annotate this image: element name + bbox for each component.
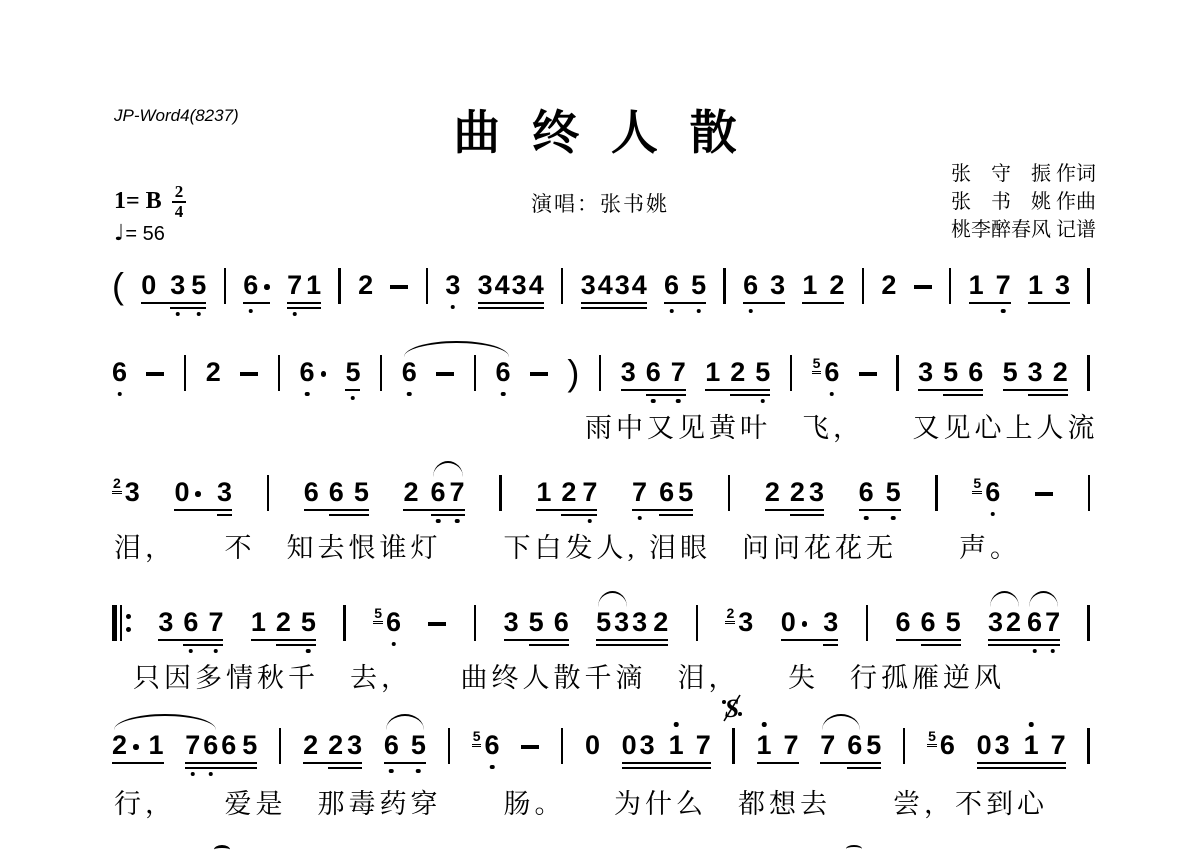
barline (696, 607, 699, 646)
beam-line (141, 302, 206, 305)
note-group: 367 (621, 357, 686, 387)
next-line-slur-fragment (214, 845, 230, 850)
barline (338, 270, 341, 309)
note: 0 (977, 730, 992, 760)
octave-dot-low (176, 312, 181, 317)
octave-dot-low (490, 765, 495, 770)
octave-dot-low (451, 305, 456, 310)
note-group: 56 (373, 607, 401, 637)
note: 6 (968, 357, 983, 387)
dash-duration (530, 372, 548, 376)
beam-line (823, 644, 838, 647)
beamed-subgroup: 23 (790, 477, 824, 507)
note: 5 (345, 357, 360, 387)
octave-dot-low (351, 396, 356, 401)
octave-dot-low (391, 642, 396, 647)
note: 6 (384, 730, 399, 760)
note-group: 0 (585, 730, 600, 760)
augmentation-dot (133, 744, 139, 750)
beamed-subgroup: 67 (431, 477, 465, 507)
beam-line (1028, 302, 1070, 305)
barline (1087, 357, 1090, 396)
beam-line (596, 639, 668, 642)
note: 3 (125, 477, 140, 507)
note-group: 65 (859, 477, 901, 507)
note-group: 356 (504, 607, 569, 637)
note: 1 (757, 730, 772, 760)
note: 5 (354, 477, 369, 507)
note-group: 3267 (988, 607, 1060, 637)
octave-dot-low (1032, 649, 1037, 654)
beam-line (969, 302, 1011, 305)
beam-line (730, 394, 770, 397)
grace-note: 5 (373, 606, 383, 624)
beamed-subgroup: 67 (183, 607, 223, 637)
beamed-subgroup: 3 (217, 477, 232, 507)
repeat-start-barline (112, 605, 131, 641)
note: 6 (484, 730, 499, 760)
beam-line (757, 762, 799, 765)
note-group: 6 (112, 357, 127, 387)
beam-line (183, 644, 223, 647)
note: 5 (191, 270, 206, 300)
note: 5 (596, 607, 611, 637)
note: 2 (328, 730, 343, 760)
beam-line (705, 389, 770, 392)
note-group: 71 (287, 270, 321, 300)
note: 7 (696, 730, 711, 760)
beam-line (1028, 394, 1068, 397)
note: 1 (802, 270, 817, 300)
augmentation-dot (195, 491, 201, 497)
octave-dot-low (455, 519, 460, 524)
note-group: 665 (304, 477, 369, 507)
note-group: 3434 (478, 270, 544, 300)
note-group: 6 (402, 357, 417, 387)
beam-line (621, 389, 686, 392)
note: 6 (921, 607, 936, 637)
note: 3 (347, 730, 362, 760)
lyric-line-1: 雨中又见黄叶 飞， 又见心上人流 (585, 406, 1099, 445)
grace-note: 5 (472, 729, 482, 747)
augmentation-dot (802, 621, 808, 627)
beamed-subgroup: 65 (847, 730, 881, 760)
barline (1087, 607, 1090, 646)
octave-dot-low (761, 399, 766, 404)
note: 3 (445, 270, 460, 300)
note-group: 7665 (185, 730, 257, 760)
beamed-subgroup: 27 (561, 477, 597, 507)
note: 7 (671, 357, 686, 387)
grace-note: 5 (812, 356, 822, 374)
beam-line (632, 509, 693, 512)
note: 3 (478, 270, 493, 300)
slur-arc (1029, 591, 1058, 607)
barline (790, 357, 793, 396)
octave-dot-low (249, 309, 254, 314)
note: 6 (847, 730, 862, 760)
note-group: 2 (206, 357, 221, 387)
note: 6 (243, 270, 258, 300)
barline (935, 477, 938, 516)
beamed-subgroup: 32 (1028, 357, 1068, 387)
note: 2 (829, 270, 844, 300)
note: 2 (1006, 607, 1021, 637)
credits: 张 守 振 作词 张 书 姚 作曲 桃李醉春风 记谱 (951, 160, 1096, 244)
lyric-line-4: 行， 爱是 那毒药穿 肠。 为什么 都想去 尝，不到心 (114, 782, 1048, 821)
note: 6 (940, 730, 955, 760)
note-group: 17 (969, 270, 1011, 300)
augmentation-dot (264, 284, 270, 290)
lyricist-credit: 张 守 振 作词 (951, 160, 1096, 188)
note: 6 (554, 607, 569, 637)
beam-line (977, 767, 1066, 770)
beamed-subgroup: 56 (529, 607, 569, 637)
note-group: 6 (243, 270, 270, 300)
beamed-subgroup: 65 (921, 607, 961, 637)
note: 6 (646, 357, 661, 387)
note: 6 (824, 357, 839, 387)
note: 7 (208, 607, 223, 637)
note: 5 (301, 607, 316, 637)
note-group: 13 (1028, 270, 1070, 300)
beam-line (217, 514, 232, 517)
note: 7 (185, 730, 200, 760)
note: 5 (411, 730, 426, 760)
note: 5 (946, 607, 961, 637)
note-group: 3 (445, 270, 460, 300)
barline (426, 270, 429, 309)
beam-line (790, 514, 824, 517)
beam-line (251, 639, 316, 642)
note: 2 (1053, 357, 1068, 387)
note: 1 (969, 270, 984, 300)
note-group: 2 (881, 270, 896, 300)
note: 3 (170, 270, 185, 300)
note: 1 (669, 730, 684, 760)
dash-duration (1035, 492, 1053, 496)
note: 3 (918, 357, 933, 387)
note-group: 2 (358, 270, 373, 300)
dash-duration (859, 372, 877, 376)
beam-line (287, 307, 321, 310)
octave-dot-high (1029, 722, 1034, 727)
note: 2 (112, 730, 127, 760)
note-group: 03 (174, 477, 232, 507)
octave-dot-low (676, 399, 681, 404)
beam-line (622, 762, 711, 765)
beam-line (820, 762, 881, 765)
beam-line (287, 302, 321, 305)
beam-line (561, 514, 597, 517)
music-line-2: 626566)36712556356532 (112, 337, 1090, 409)
slur-arc (114, 714, 216, 730)
note-group: 23 (725, 607, 753, 637)
octave-dot-low (1050, 649, 1055, 654)
beamed-subgroup: 3 (823, 607, 838, 637)
note-group: 127 (536, 477, 597, 507)
beam-line (174, 509, 232, 512)
note: 3 (581, 270, 596, 300)
beam-line (431, 514, 465, 517)
barline (866, 607, 869, 646)
note: 0 (781, 607, 796, 637)
octave-dot-low (588, 519, 593, 524)
beam-line (329, 514, 369, 517)
note-group: 56 (812, 357, 840, 387)
note: 2 (276, 607, 291, 637)
note: 7 (1051, 730, 1066, 760)
barline (499, 477, 502, 516)
note: 6 (431, 477, 446, 507)
beam-line (328, 767, 362, 770)
note-group: 56 (472, 730, 500, 760)
note-group: 5 (345, 357, 360, 387)
barline (267, 477, 270, 516)
time-signature-top: 2 (172, 184, 187, 203)
beam-line (977, 762, 1066, 765)
barline (561, 730, 564, 769)
note: 1 (1028, 270, 1043, 300)
beamed-subgroup: 67 (646, 357, 686, 387)
octave-dot-low (189, 649, 194, 654)
note: 3 (158, 607, 173, 637)
barline (896, 357, 899, 396)
music-line-4: 36712556356533223036653267 (112, 587, 1090, 659)
octave-dot-high (762, 722, 767, 727)
beam-line (918, 389, 983, 392)
note-group: 12 (802, 270, 844, 300)
grace-note: 2 (112, 476, 122, 494)
beam-line (158, 639, 223, 642)
note: 1 (536, 477, 551, 507)
grace-note: 5 (927, 729, 937, 747)
note-group: 223 (765, 477, 824, 507)
note: 4 (632, 270, 647, 300)
note-group: 63 (743, 270, 785, 300)
note-group: 223 (303, 730, 362, 760)
note: 0 (174, 477, 189, 507)
grace-note: 2 (725, 606, 735, 624)
beam-line (185, 762, 257, 765)
lyric-line-3: 只因多情秋千 去， 曲终人散千滴 泪， 失 行孤雁逆风 (133, 656, 1005, 695)
note-group: 56 (927, 730, 955, 760)
note: 6 (402, 357, 417, 387)
note: 3 (504, 607, 519, 637)
note: 2 (358, 270, 373, 300)
octave-dot-low (305, 392, 310, 397)
barline (862, 270, 865, 309)
octave-dot-low (209, 772, 214, 777)
note: 7 (820, 730, 835, 760)
barline (279, 730, 282, 769)
note: 3 (823, 607, 838, 637)
note: 6 (304, 477, 319, 507)
note: 6 (203, 730, 218, 760)
note: 5 (1003, 357, 1018, 387)
transcriber-credit: 桃李醉春风 记谱 (951, 216, 1096, 244)
note: 5 (866, 730, 881, 760)
octave-dot-low (637, 516, 642, 521)
note: 3 (995, 730, 1010, 760)
note: 6 (386, 607, 401, 637)
slur-arc (822, 714, 860, 730)
beam-line (581, 307, 647, 310)
octave-dot-low (117, 392, 122, 397)
note: 7 (287, 270, 302, 300)
octave-dot-low (696, 309, 701, 314)
beam-line (622, 767, 711, 770)
note: 6 (329, 477, 344, 507)
beam-line (921, 644, 961, 647)
barline (343, 607, 346, 646)
note: 6 (1027, 607, 1042, 637)
beam-line (664, 302, 706, 305)
note: 3 (621, 357, 636, 387)
note: 5 (886, 477, 901, 507)
note: 1 (251, 607, 266, 637)
octave-dot-low (389, 769, 394, 774)
note: 2 (653, 607, 668, 637)
next-line-slur-fragment (846, 845, 862, 850)
beam-line (303, 762, 362, 765)
note: 2 (765, 477, 780, 507)
slur-arc (598, 591, 627, 607)
segno-glyph: S (720, 692, 744, 724)
dash-duration (240, 372, 258, 376)
beam-line (529, 644, 569, 647)
note-group: 125 (705, 357, 770, 387)
parenthesis: ( (112, 271, 124, 301)
octave-dot-low (436, 519, 441, 524)
note: 3 (1028, 357, 1043, 387)
note-group: 21 (112, 730, 164, 760)
barline (1088, 477, 1091, 516)
note-group: 5332 (596, 607, 668, 637)
note-group: 0317 (977, 730, 1066, 760)
note: 7 (1045, 607, 1060, 637)
beam-line (170, 307, 206, 310)
note: 6 (183, 607, 198, 637)
beam-line (1003, 389, 1068, 392)
note: 2 (790, 477, 805, 507)
beam-line (743, 302, 785, 305)
barline (448, 730, 451, 769)
beam-line (659, 514, 693, 517)
beam-line (185, 767, 257, 770)
barline (949, 270, 952, 309)
note: 1 (149, 730, 164, 760)
dash-duration (436, 372, 454, 376)
parenthesis: ) (567, 358, 579, 388)
note: 2 (206, 357, 221, 387)
note: 6 (743, 270, 758, 300)
slur-arc (404, 341, 509, 357)
dash-duration (521, 745, 539, 749)
note: 0 (622, 730, 637, 760)
barline (380, 357, 383, 396)
note-group: 035 (141, 270, 206, 300)
note: 1 (306, 270, 321, 300)
beam-line (988, 639, 1060, 642)
note: 6 (300, 357, 315, 387)
music-line-1: (035671233434343465631221713 (112, 250, 1090, 322)
note: 3 (632, 607, 647, 637)
time-signature-bottom: 4 (172, 203, 187, 220)
music-line-5: 217665223655600317S17765560317 (112, 710, 1090, 782)
note: 5 (678, 477, 693, 507)
barline (561, 270, 564, 309)
barline (728, 477, 731, 516)
note: 5 (691, 270, 706, 300)
note-group: 367 (158, 607, 223, 637)
note: 2 (730, 357, 745, 387)
octave-dot-high (674, 722, 679, 727)
dash-duration (428, 622, 446, 626)
beam-line (403, 509, 464, 512)
beam-line (243, 302, 270, 305)
note-group: 56 (972, 477, 1000, 507)
beamed-subgroup: 65 (659, 477, 693, 507)
octave-dot-low (214, 649, 219, 654)
beam-line (536, 509, 597, 512)
slur-arc (433, 461, 463, 477)
note: 3 (809, 477, 824, 507)
octave-dot-low (306, 649, 311, 654)
time-signature: 24 (172, 184, 187, 220)
note-group: 0317 (622, 730, 711, 760)
note: 6 (221, 730, 236, 760)
note-group: 17 (757, 730, 799, 760)
song-title: 曲 终 人 散 (0, 96, 1200, 163)
note-group: 65 (664, 270, 706, 300)
note: 5 (242, 730, 257, 760)
note-group: 665 (896, 607, 961, 637)
slur-arc (386, 714, 424, 730)
beam-line (896, 639, 961, 642)
octave-dot-low (407, 392, 412, 397)
tempo-marking: ♩= 56 (114, 221, 165, 246)
note-group: 6 (496, 357, 511, 387)
octave-dot-low (1001, 309, 1006, 314)
beam-line (276, 644, 316, 647)
note: 2 (303, 730, 318, 760)
note: 6 (859, 477, 874, 507)
quarter-note-icon: ♩ (114, 221, 124, 246)
note-group: 65 (384, 730, 426, 760)
augmentation-dot (321, 371, 327, 377)
beam-line (304, 509, 369, 512)
barline (1087, 270, 1090, 309)
beamed-subgroup: 25 (276, 607, 316, 637)
note: 0 (141, 270, 156, 300)
note-group: 765 (820, 730, 881, 760)
key-label: 1= B (114, 188, 162, 214)
note: 0 (585, 730, 600, 760)
note: 2 (561, 477, 576, 507)
note-group: 125 (251, 607, 316, 637)
barline (723, 270, 726, 309)
beam-line (384, 762, 426, 765)
note: 3 (614, 607, 629, 637)
tempo-value: = 56 (125, 223, 164, 245)
dash-duration (146, 372, 164, 376)
note: 3 (512, 270, 527, 300)
note: 3 (615, 270, 630, 300)
note: 6 (985, 477, 1000, 507)
note-group: 23 (112, 477, 140, 507)
barline (599, 357, 602, 396)
